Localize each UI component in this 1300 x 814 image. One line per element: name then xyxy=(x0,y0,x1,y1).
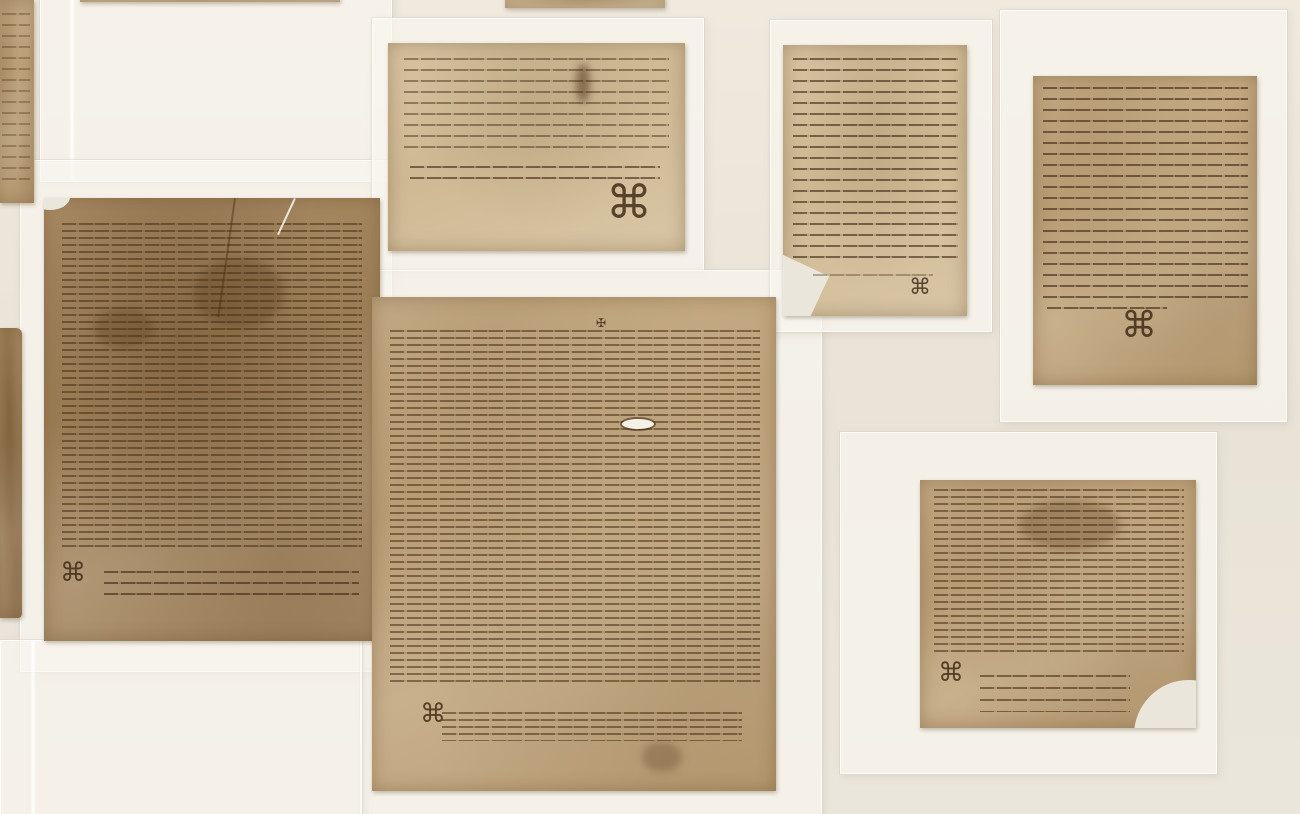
document-script xyxy=(390,327,760,683)
notarial-sign-icon: ⌘ xyxy=(938,660,964,686)
sleeve-bottom-left xyxy=(0,640,362,814)
notarial-sign-icon: ⌘ xyxy=(1121,308,1157,344)
document-script xyxy=(404,53,669,153)
document-top-right-center: ⌘ Portrait parchment with cursive text, … xyxy=(783,45,967,316)
notarial-sign-icon: ⌘ xyxy=(60,560,86,586)
missing-corner xyxy=(1134,680,1196,728)
document-script xyxy=(2,8,30,188)
fragment-top-strip xyxy=(505,0,665,8)
stain xyxy=(194,258,284,328)
stain xyxy=(94,308,154,348)
document-large-left: ⌘ Large parchment with dense text and no… xyxy=(44,198,380,641)
photo-scene: Partial parchment at top-left edge Parti… xyxy=(0,0,1300,814)
torn-corner xyxy=(44,198,70,210)
document-script-footer xyxy=(442,709,742,741)
document-script-footer xyxy=(980,668,1130,712)
sleeve-top-left xyxy=(40,0,392,182)
document-top-center: ⌘ Landscape parchment with short text an… xyxy=(388,43,685,251)
notarial-sign-icon: ⌘ xyxy=(420,701,446,727)
stain xyxy=(576,63,590,103)
stain xyxy=(642,742,682,772)
document-bottom-right: ⌘ Square parchment with text, notarial s… xyxy=(920,480,1196,728)
document-top-left-partial: Partial parchment at top-left edge xyxy=(0,0,34,203)
notarial-sign-icon: ⌘ xyxy=(909,277,931,299)
document-top-right: ⌘ Portrait parchment with cursive text a… xyxy=(1033,76,1257,385)
document-left-partial: Partial parchment at left edge, mid-heig… xyxy=(0,328,22,618)
notarial-sign-icon: ⌘ xyxy=(606,179,652,225)
stain xyxy=(1020,500,1120,550)
document-script xyxy=(793,53,958,263)
document-script-footer xyxy=(104,566,359,600)
document-center-large: ✠ ⌘ Large central parchment with dense g… xyxy=(372,297,776,791)
fragment-top-strip-2 xyxy=(80,0,340,2)
document-script xyxy=(1043,82,1248,302)
parchment-hole xyxy=(622,419,654,429)
